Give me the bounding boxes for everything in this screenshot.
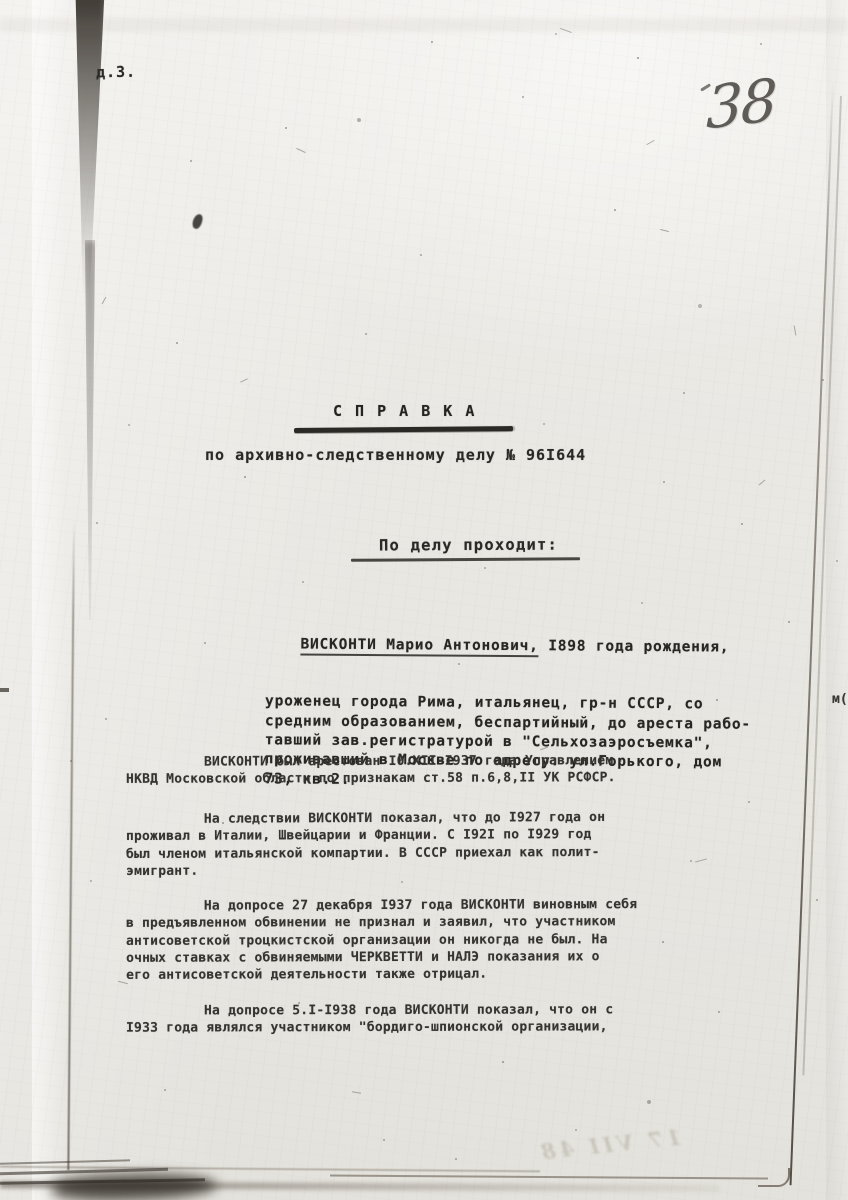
hair-mark bbox=[660, 229, 669, 232]
scanned-document-page: 17 VII 48 д.3. 38 С П Р А В К А по архив… bbox=[0, 0, 848, 1200]
binding-fold-line bbox=[67, 520, 75, 1170]
underpage-shadow-blob bbox=[52, 1171, 218, 1200]
title-underline bbox=[294, 426, 513, 433]
handwritten-page-number: 38 bbox=[706, 65, 776, 142]
document-subtitle: по архивно-следственному делу № 96I644 bbox=[205, 446, 586, 464]
paragraph-arrest: ВИСКОНТИ был арестован I0.XII-I937 года … bbox=[126, 752, 616, 788]
section-heading: По делу проходит: bbox=[379, 536, 558, 555]
page-bottom-edge bbox=[330, 1174, 768, 1179]
top-crease-band bbox=[0, 18, 848, 32]
right-edge-text-fragment: м( bbox=[832, 692, 848, 707]
subject-name: ВИСКОНТИ Марио Антонович, bbox=[300, 636, 538, 657]
paragraph-interrogation-december: На допросе 27 декабря I937 года ВИСКОНТИ… bbox=[126, 896, 638, 984]
section-heading-underline bbox=[351, 557, 580, 562]
ink-blot bbox=[191, 213, 203, 230]
hair-mark bbox=[695, 858, 707, 862]
bleedthrough-text: 17 VII 48 bbox=[461, 1125, 682, 1173]
hair-mark bbox=[646, 140, 654, 145]
subject-first-line: ВИСКОНТИ Марио Антонович, I898 года рожд… bbox=[265, 635, 751, 658]
hair-mark bbox=[296, 148, 305, 153]
binding-highlight bbox=[32, 0, 66, 1200]
document-title: С П Р А В К А bbox=[333, 402, 476, 420]
subject-block: ВИСКОНТИ Марио Антонович, I898 года рожд… bbox=[264, 596, 752, 831]
paragraph-investigation: На следствии ВИСКОНТИ показал, что до I9… bbox=[126, 809, 606, 880]
hair-mark bbox=[240, 378, 248, 382]
subject-line1-rest: I898 года рождения, bbox=[539, 638, 730, 655]
hair-mark bbox=[352, 1091, 361, 1094]
left-edge-mark bbox=[0, 688, 9, 692]
paper-speckles bbox=[0, 0, 2, 2]
corner-note: д.3. bbox=[96, 63, 136, 82]
paragraph-interrogation-january: На допросе 5.I-I938 года ВИСКОНТИ показа… bbox=[126, 1001, 613, 1037]
hair-mark bbox=[794, 325, 797, 335]
hair-mark bbox=[102, 297, 107, 304]
hair-mark bbox=[759, 480, 766, 486]
